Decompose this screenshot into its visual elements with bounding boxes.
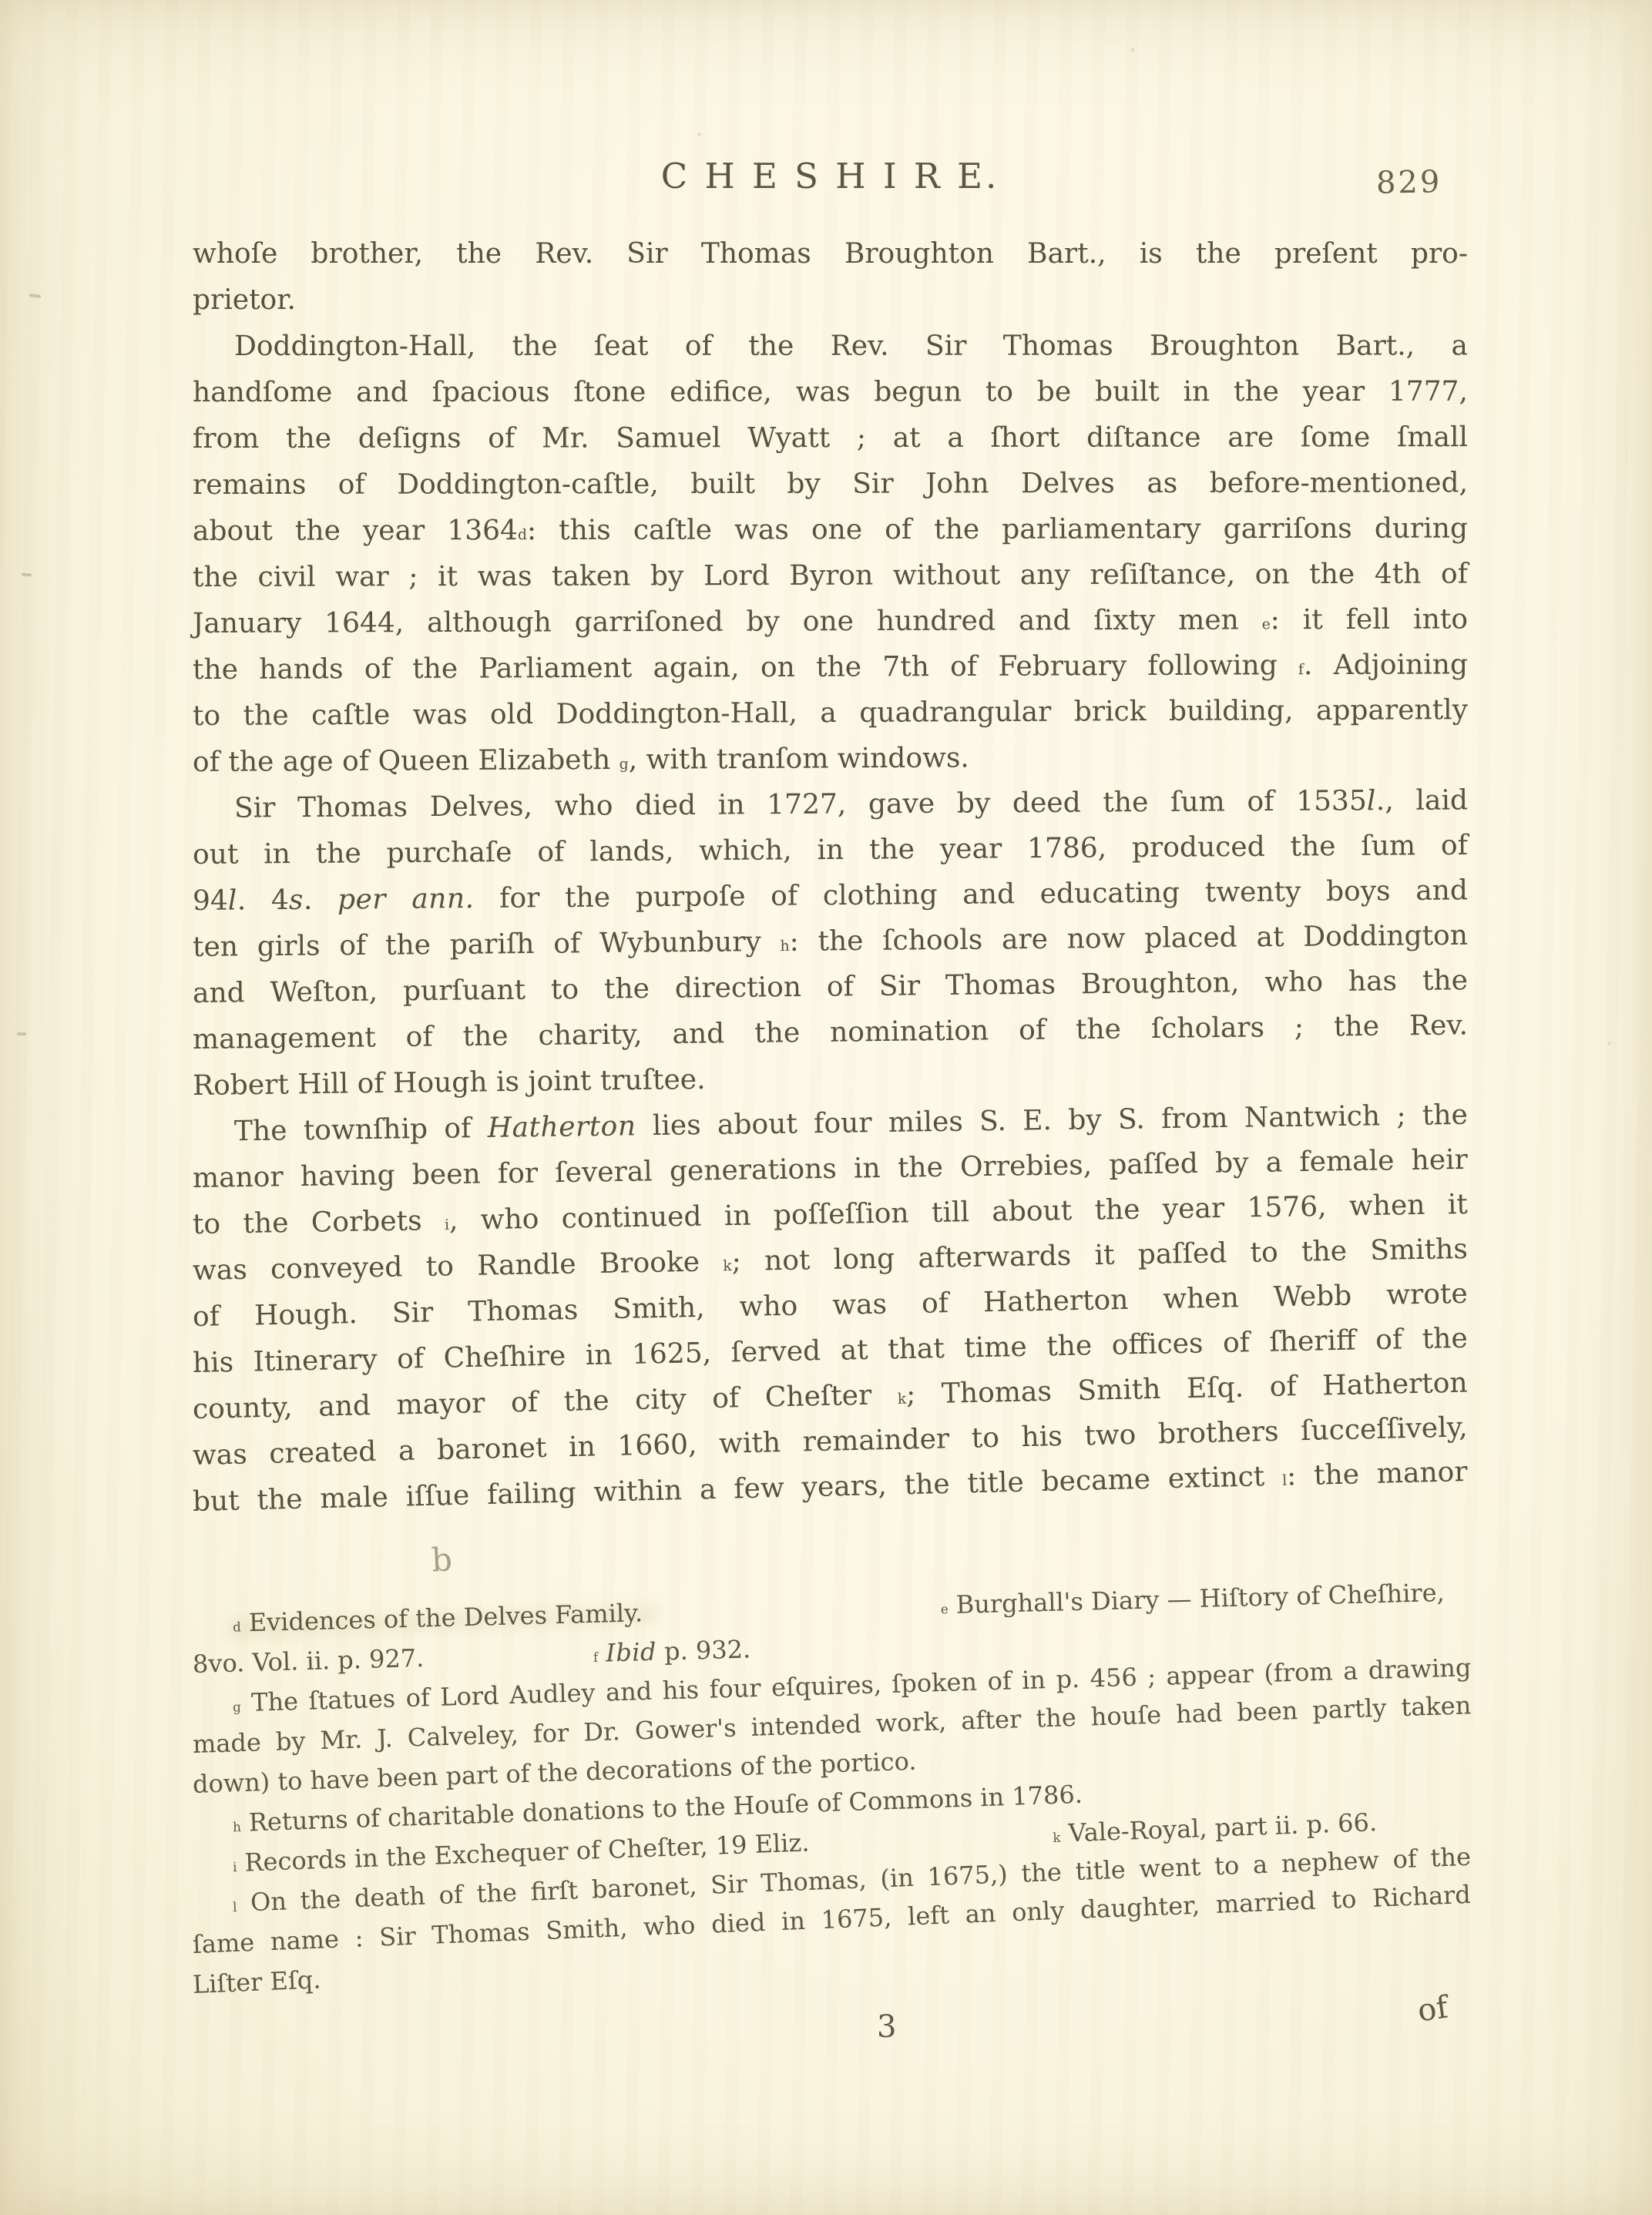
paper-speck bbox=[22, 573, 32, 577]
body-text-line-8: the civil war ; it was taken by Lord Byr… bbox=[193, 552, 1468, 601]
paper-speck bbox=[17, 1032, 26, 1035]
body-text-line-3: Doddington-Hall, the ſeat of the Rev. Si… bbox=[193, 323, 1468, 370]
body-text-line-4: handſome and ſpacious ſtone edifice, was… bbox=[193, 369, 1468, 416]
body-text-line-12: of the age of Queen Elizabeth g, with tr… bbox=[193, 733, 1468, 786]
body-text: whoſe brother, the Rev. Sir Thomas Broug… bbox=[193, 231, 1468, 1525]
page-number: 829 bbox=[1376, 164, 1442, 200]
catchword: of bbox=[1415, 1990, 1450, 2029]
book-page-scan: C H E S H I R E. 829 whoſe brother, the … bbox=[0, 0, 1652, 2215]
body-text-line-5: from the deſigns of Mr. Samuel Wyatt ; a… bbox=[193, 414, 1468, 462]
body-text-line-9: January 1644, although garriſoned by one… bbox=[193, 596, 1468, 647]
body-text-line-2: prietor. bbox=[193, 277, 1468, 324]
signature-mark: 3 bbox=[877, 2009, 896, 2045]
body-text-line-6: remains of Doddington-caſtle, built by S… bbox=[193, 460, 1468, 508]
footnotes: d Evidences of the Delves Family.e Burgh… bbox=[193, 1604, 1472, 2005]
paper-speck bbox=[697, 133, 701, 136]
body-text-line-11: to the caſtle was old Doddington-Hall, a… bbox=[193, 687, 1468, 740]
page-header-title: C H E S H I R E. bbox=[193, 156, 1468, 196]
body-text-line-1: whoſe brother, the Rev. Sir Thomas Broug… bbox=[193, 231, 1468, 277]
body-text-line-10: the hands of the Parliament again, on th… bbox=[193, 642, 1468, 693]
body-text-line-7: about the year 1364d: this caſtle was on… bbox=[193, 505, 1468, 555]
paper-speck bbox=[1607, 1042, 1611, 1045]
stray-ink-mark: b bbox=[431, 1540, 453, 1579]
paper-speck bbox=[1131, 48, 1134, 52]
paper-speck bbox=[29, 294, 41, 298]
